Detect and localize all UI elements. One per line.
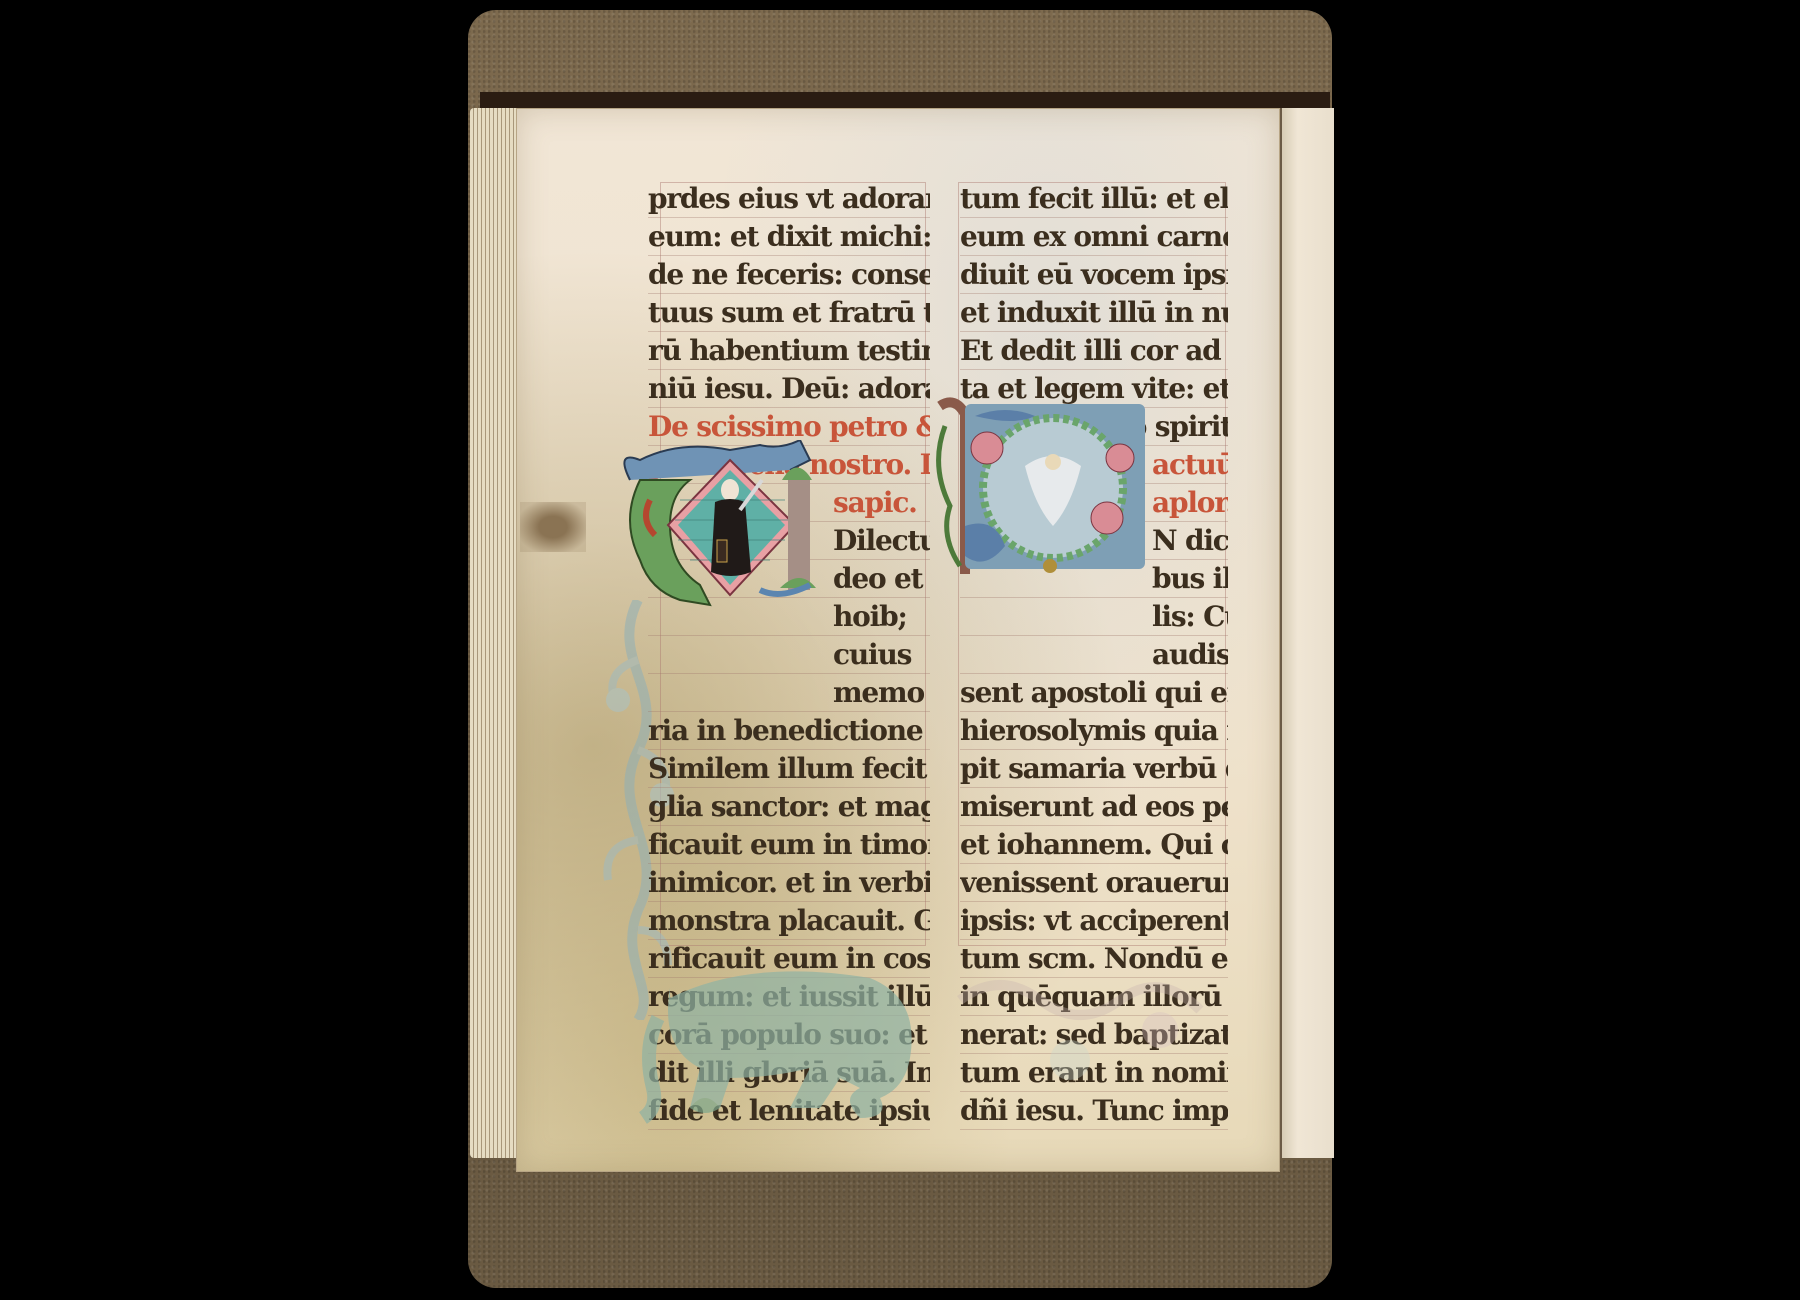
text-line: et iohannem. Qui cum xyxy=(960,826,1228,864)
text-line: memo xyxy=(648,674,930,712)
elephant-drawing-icon xyxy=(630,958,930,1128)
facing-page-edge xyxy=(1280,108,1334,1158)
text-line: ipsis: vt acciperent spiri xyxy=(960,902,1228,940)
faded-foliage-icon xyxy=(940,960,1260,1110)
text-line: glia sanctor: et magni xyxy=(648,788,930,826)
binding-strap xyxy=(480,92,1330,108)
text-line: Et dedit illi cor ad prep xyxy=(960,332,1228,370)
text-line: cuius xyxy=(648,636,930,674)
text-line: de ne feceris: conseruus xyxy=(648,256,930,294)
text-line: eum: et dixit michi: ui xyxy=(648,218,930,256)
text-line: rū habentium testimō xyxy=(648,332,930,370)
text-line: niū iesu. Deū: adora. xyxy=(648,370,930,408)
text-line: eum ex omni carne. Au xyxy=(960,218,1228,256)
text-line: ficauit eum in timore xyxy=(648,826,930,864)
text-line: hierosolymis quia rece xyxy=(960,712,1228,750)
stain-mark xyxy=(520,502,586,552)
saint-peter-miniature-icon xyxy=(620,440,820,610)
text-line: inimicor. et in verbis suis xyxy=(648,864,930,902)
page-edges xyxy=(470,108,516,1158)
text-line: prdes eius vt adorarē xyxy=(648,180,930,218)
text-line: venissent orauerunt pro xyxy=(960,864,1228,902)
text-line: pit samaria verbū dei: xyxy=(960,750,1228,788)
text-line: lis: Cū xyxy=(960,598,1228,636)
text-line: audis xyxy=(960,636,1228,674)
text-line: tuus sum et fratrū tuo xyxy=(648,294,930,332)
text-line: sent apostoli qui erant xyxy=(960,674,1228,712)
text-line: tum fecit illū: et elegit xyxy=(960,180,1228,218)
text-line: Similem illum fecit i xyxy=(648,750,930,788)
text-line: miserunt ad eos petrū xyxy=(960,788,1228,826)
text-line: diuit eū vocem ipsius: xyxy=(960,256,1228,294)
holy-spirit-miniature-icon xyxy=(935,396,1150,576)
text-line: et induxit illū in nube. xyxy=(960,294,1228,332)
text-line: ria in benedictione est. xyxy=(648,712,930,750)
text-line: monstra placauit. Glo xyxy=(648,902,930,940)
